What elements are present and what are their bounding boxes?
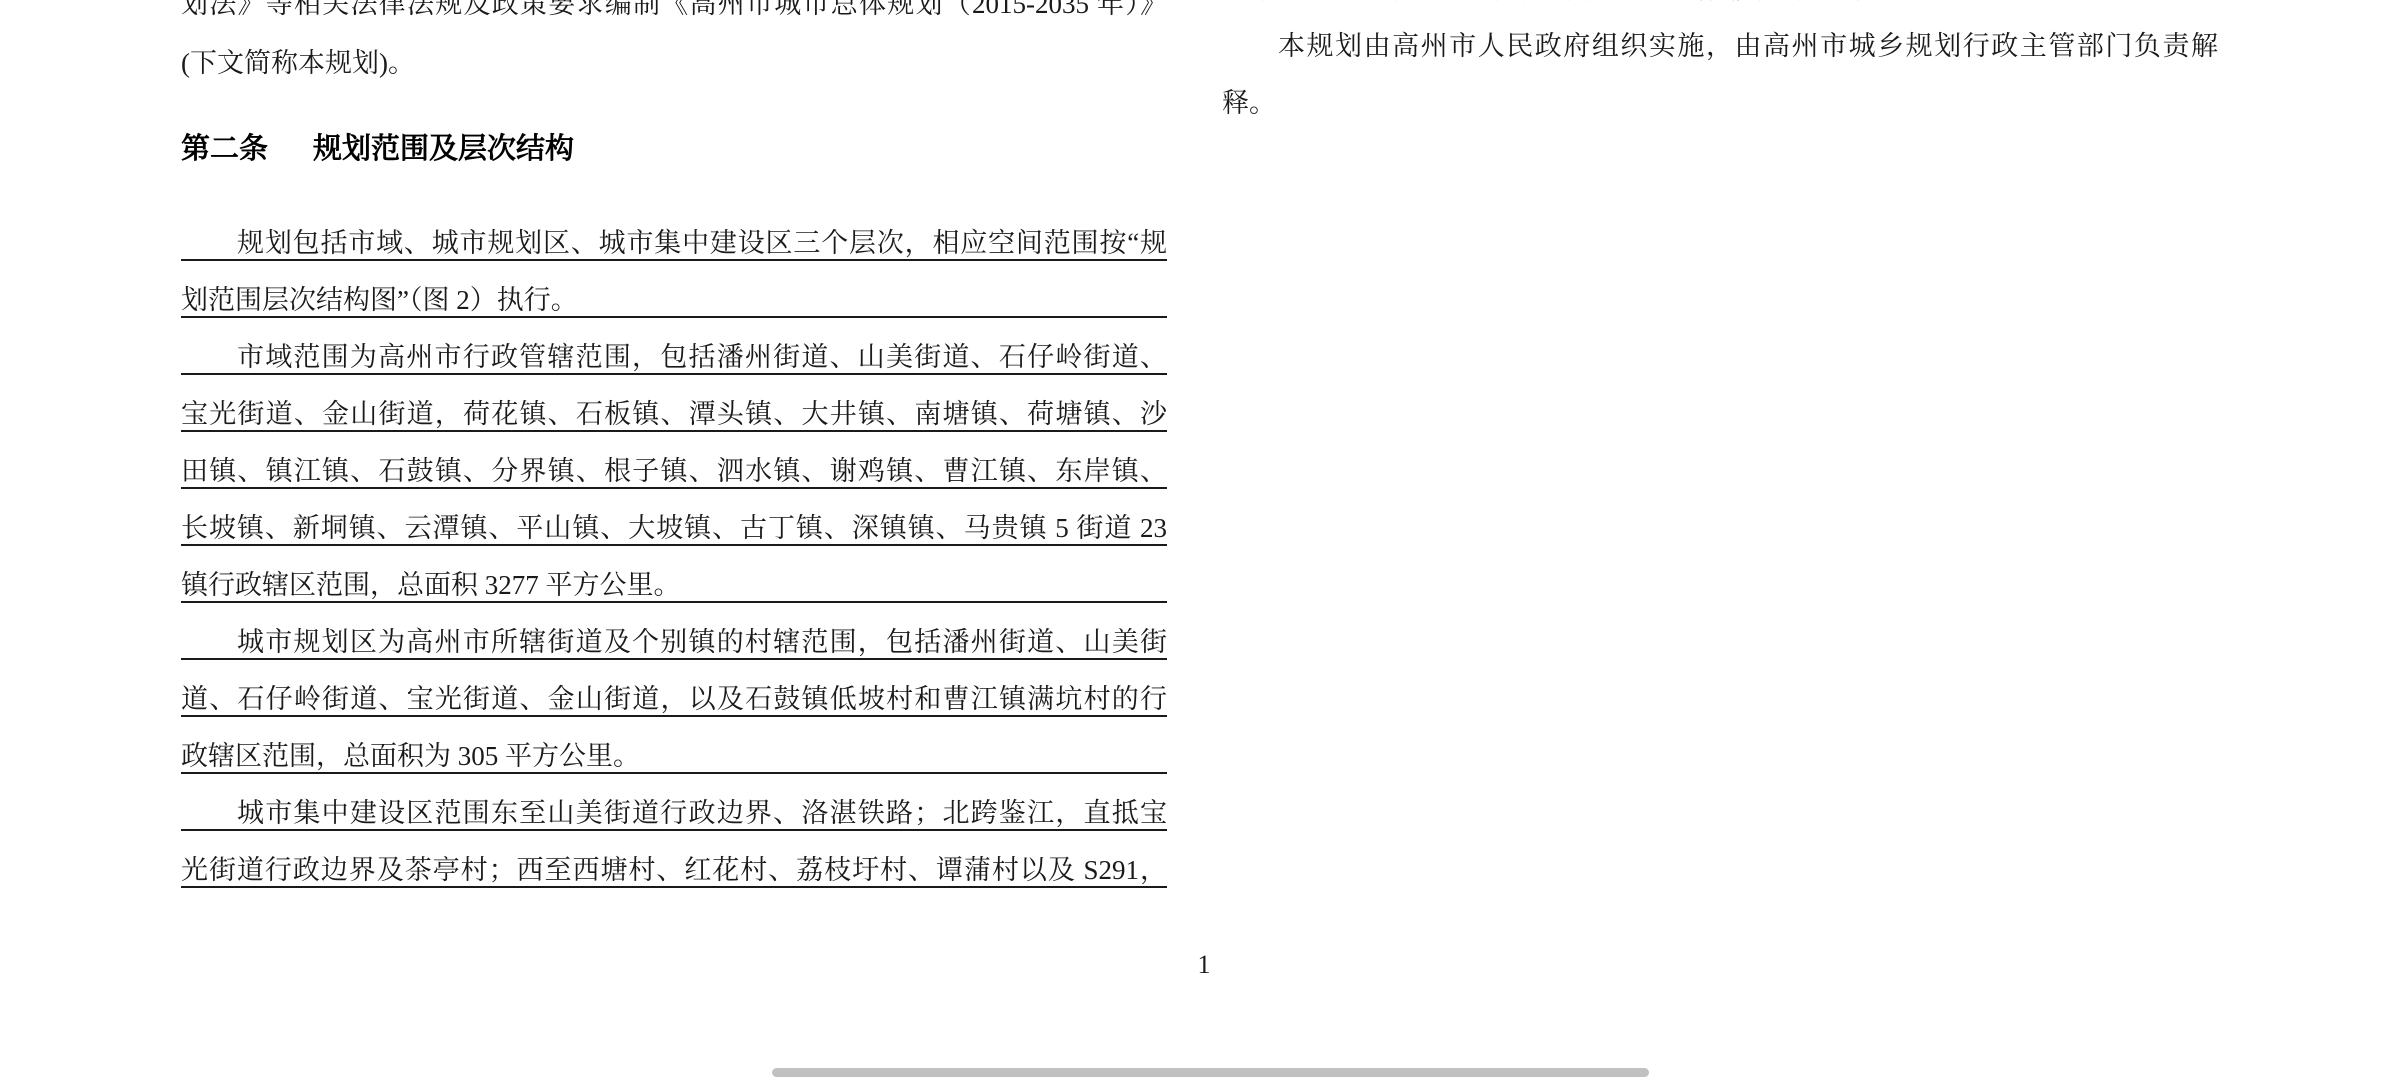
page-number: 1	[1179, 950, 1229, 980]
heading-title: 规划范围及层次结构	[313, 133, 574, 165]
text-line: 划范围层次结构图”（图 2）执行。	[181, 285, 1167, 318]
text-line: 划法》等相关法律法规及政策要求编制《高州市城市总体规划（2015-2035 年）…	[181, 0, 1167, 20]
document-viewer: 划法》等相关法律法规及政策要求编制《高州市城市总体规划（2015-2035 年）…	[0, 0, 2408, 1080]
text-line: 道、石仔岭街道、宝光街道、金山街道，以及石鼓镇低坡村和曹江镇满坑村的行	[181, 684, 1167, 717]
heading-number: 第二条	[181, 133, 268, 165]
text-line: 长坡镇、新垌镇、云潭镇、平山镇、大坡镇、古丁镇、深镇镇、马贵镇 5 街道 23	[181, 513, 1167, 546]
text-line: 田镇、镇江镇、石鼓镇、分界镇、根子镇、泗水镇、谢鸡镇、曹江镇、东岸镇、	[181, 456, 1167, 489]
left-page-text-column: 划法》等相关法律法规及政策要求编制《高州市城市总体规划（2015-2035 年）…	[181, 0, 1167, 1080]
text-line: 规划包括市域、城市规划区、城市集中建设区三个层次，相应空间范围按“规	[181, 228, 1167, 261]
clipped-text-line: 本规划自批准之日起由高州市人民政府负责组织公布实施。	[1222, 0, 2218, 5]
text-line: (下文简称本规划)。	[181, 48, 1167, 79]
text-line: 城市集中建设区范围东至山美街道行政边界、洛湛铁路；北跨鉴江，直抵宝	[181, 798, 1167, 831]
right-page-text-column: 本规划自批准之日起由高州市人民政府负责组织公布实施。本规划由高州市人民政府组织实…	[1222, 0, 2218, 1080]
text-line: 市域范围为高州市行政管辖范围，包括潘州街道、山美街道、石仔岭街道、	[181, 342, 1167, 375]
text-line: 镇行政辖区范围，总面积 3277 平方公里。	[181, 570, 1167, 603]
text-line: 释。	[1222, 88, 2218, 119]
text-line: 光街道行政边界及茶亭村；西至西塘村、红花村、荔枝圩村、谭蒲村以及 S291，	[181, 855, 1167, 888]
text-line: 城市规划区为高州市所辖街道及个别镇的村辖范围，包括潘州街道、山美街	[181, 627, 1167, 660]
section-heading: 第二条规划范围及层次结构	[181, 134, 1167, 165]
text-line: 宝光街道、金山街道，荷花镇、石板镇、潭头镇、大井镇、南塘镇、荷塘镇、沙	[181, 399, 1167, 432]
text-line: 政辖区范围，总面积为 305 平方公里。	[181, 741, 1167, 774]
text-line: 本规划由高州市人民政府组织实施，由高州市城乡规划行政主管部门负责解	[1222, 31, 2218, 62]
horizontal-scrollbar-thumb[interactable]	[772, 1068, 1649, 1077]
